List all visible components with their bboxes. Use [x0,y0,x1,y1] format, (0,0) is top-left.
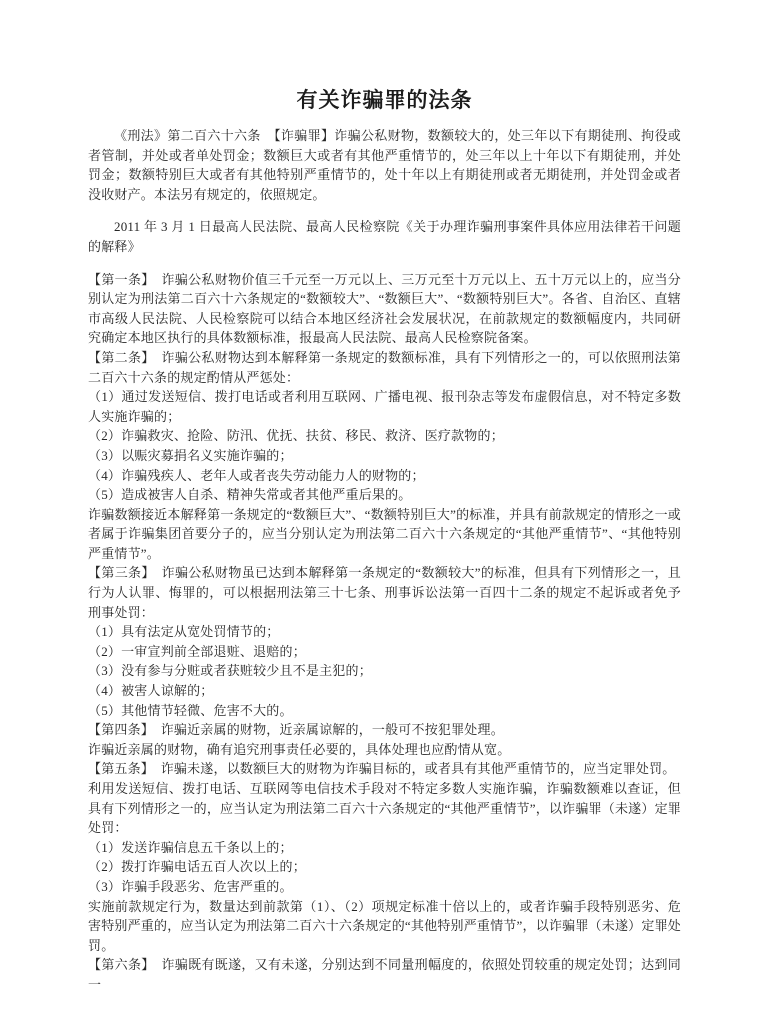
paragraph: 【第四条】 诈骗近亲属的财物，近亲属谅解的，一般可不按犯罪处理。 [88,720,681,740]
paragraph: （1）通过发送短信、拨打电话或者利用互联网、广播电视、报刊杂志等发布虚假信息，对… [88,387,681,426]
paragraph: 实施前款规定行为，数量达到前款第（1）、（2）项规定标准十倍以上的，或者诈骗手段… [88,897,681,956]
paragraph: （1）具有法定从宽处罚情节的； [88,622,681,642]
paragraph: 利用发送短信、拨打电话、互联网等电信技术手段对不特定多数人实施诈骗，诈骗数额难以… [88,779,681,838]
paragraph: 【第一条】 诈骗公私财物价值三千元至一万元以上、三万元至十万元以上、五十万元以上… [88,270,681,348]
document-title: 有关诈骗罪的法条 [88,88,681,113]
paragraph: 诈骗数额接近本解释第一条规定的“数额巨大”、“数额特别巨大”的标准，并具有前款规… [88,505,681,564]
paragraph: （4）被害人谅解的； [88,681,681,701]
paragraph: （3）诈骗手段恶劣、危害严重的。 [88,877,681,897]
paragraph: 诈骗近亲属的财物，确有追究刑事责任必要的，具体处理也应酌情从宽。 [88,740,681,760]
document-body: 《刑法》第二百六十六条 【诈骗罪】诈骗公私财物，数额较大的，处三年以下有期徒刑、… [88,126,681,995]
paragraph: 《刑法》第二百六十六条 【诈骗罪】诈骗公私财物，数额较大的，处三年以下有期徒刑、… [88,126,681,204]
paragraph: 【第五条】 诈骗未遂，以数额巨大的财物为诈骗目标的，或者具有其他严重情节的，应当… [88,759,681,779]
paragraph: （4）诈骗残疾人、老年人或者丧失劳动能力人的财物的； [88,466,681,486]
paragraph: （2）诈骗救灾、抢险、防汛、优抚、扶贫、移民、救济、医疗款物的； [88,426,681,446]
paragraph: （1）发送诈骗信息五千条以上的； [88,838,681,858]
paragraph: 2011 年 3 月 1 日最高人民法院、最高人民检察院《关于办理诈骗刑事案件具… [88,217,681,256]
paragraph: （3）以赈灾募捐名义实施诈骗的； [88,446,681,466]
paragraph: （2）一审宣判前全部退赃、退赔的； [88,642,681,662]
paragraph: （3）没有参与分赃或者获赃较少且不是主犯的； [88,661,681,681]
paragraph: （2）拨打诈骗电话五百人次以上的； [88,857,681,877]
document-page: 有关诈骗罪的法条 《刑法》第二百六十六条 【诈骗罪】诈骗公私财物，数额较大的，处… [0,0,768,1024]
paragraph: 【第三条】 诈骗公私财物虽已达到本解释第一条规定的“数额较大”的标准，但具有下列… [88,563,681,622]
paragraph: （5）其他情节轻微、危害不大的。 [88,701,681,721]
paragraph: （5）造成被害人自杀、精神失常或者其他严重后果的。 [88,485,681,505]
paragraph: 【第二条】 诈骗公私财物达到本解释第一条规定的数额标准，具有下列情形之一的，可以… [88,348,681,387]
paragraph: 【第六条】 诈骗既有既遂，又有未遂，分别达到不同量刑幅度的，依照处罚较重的规定处… [88,955,681,994]
